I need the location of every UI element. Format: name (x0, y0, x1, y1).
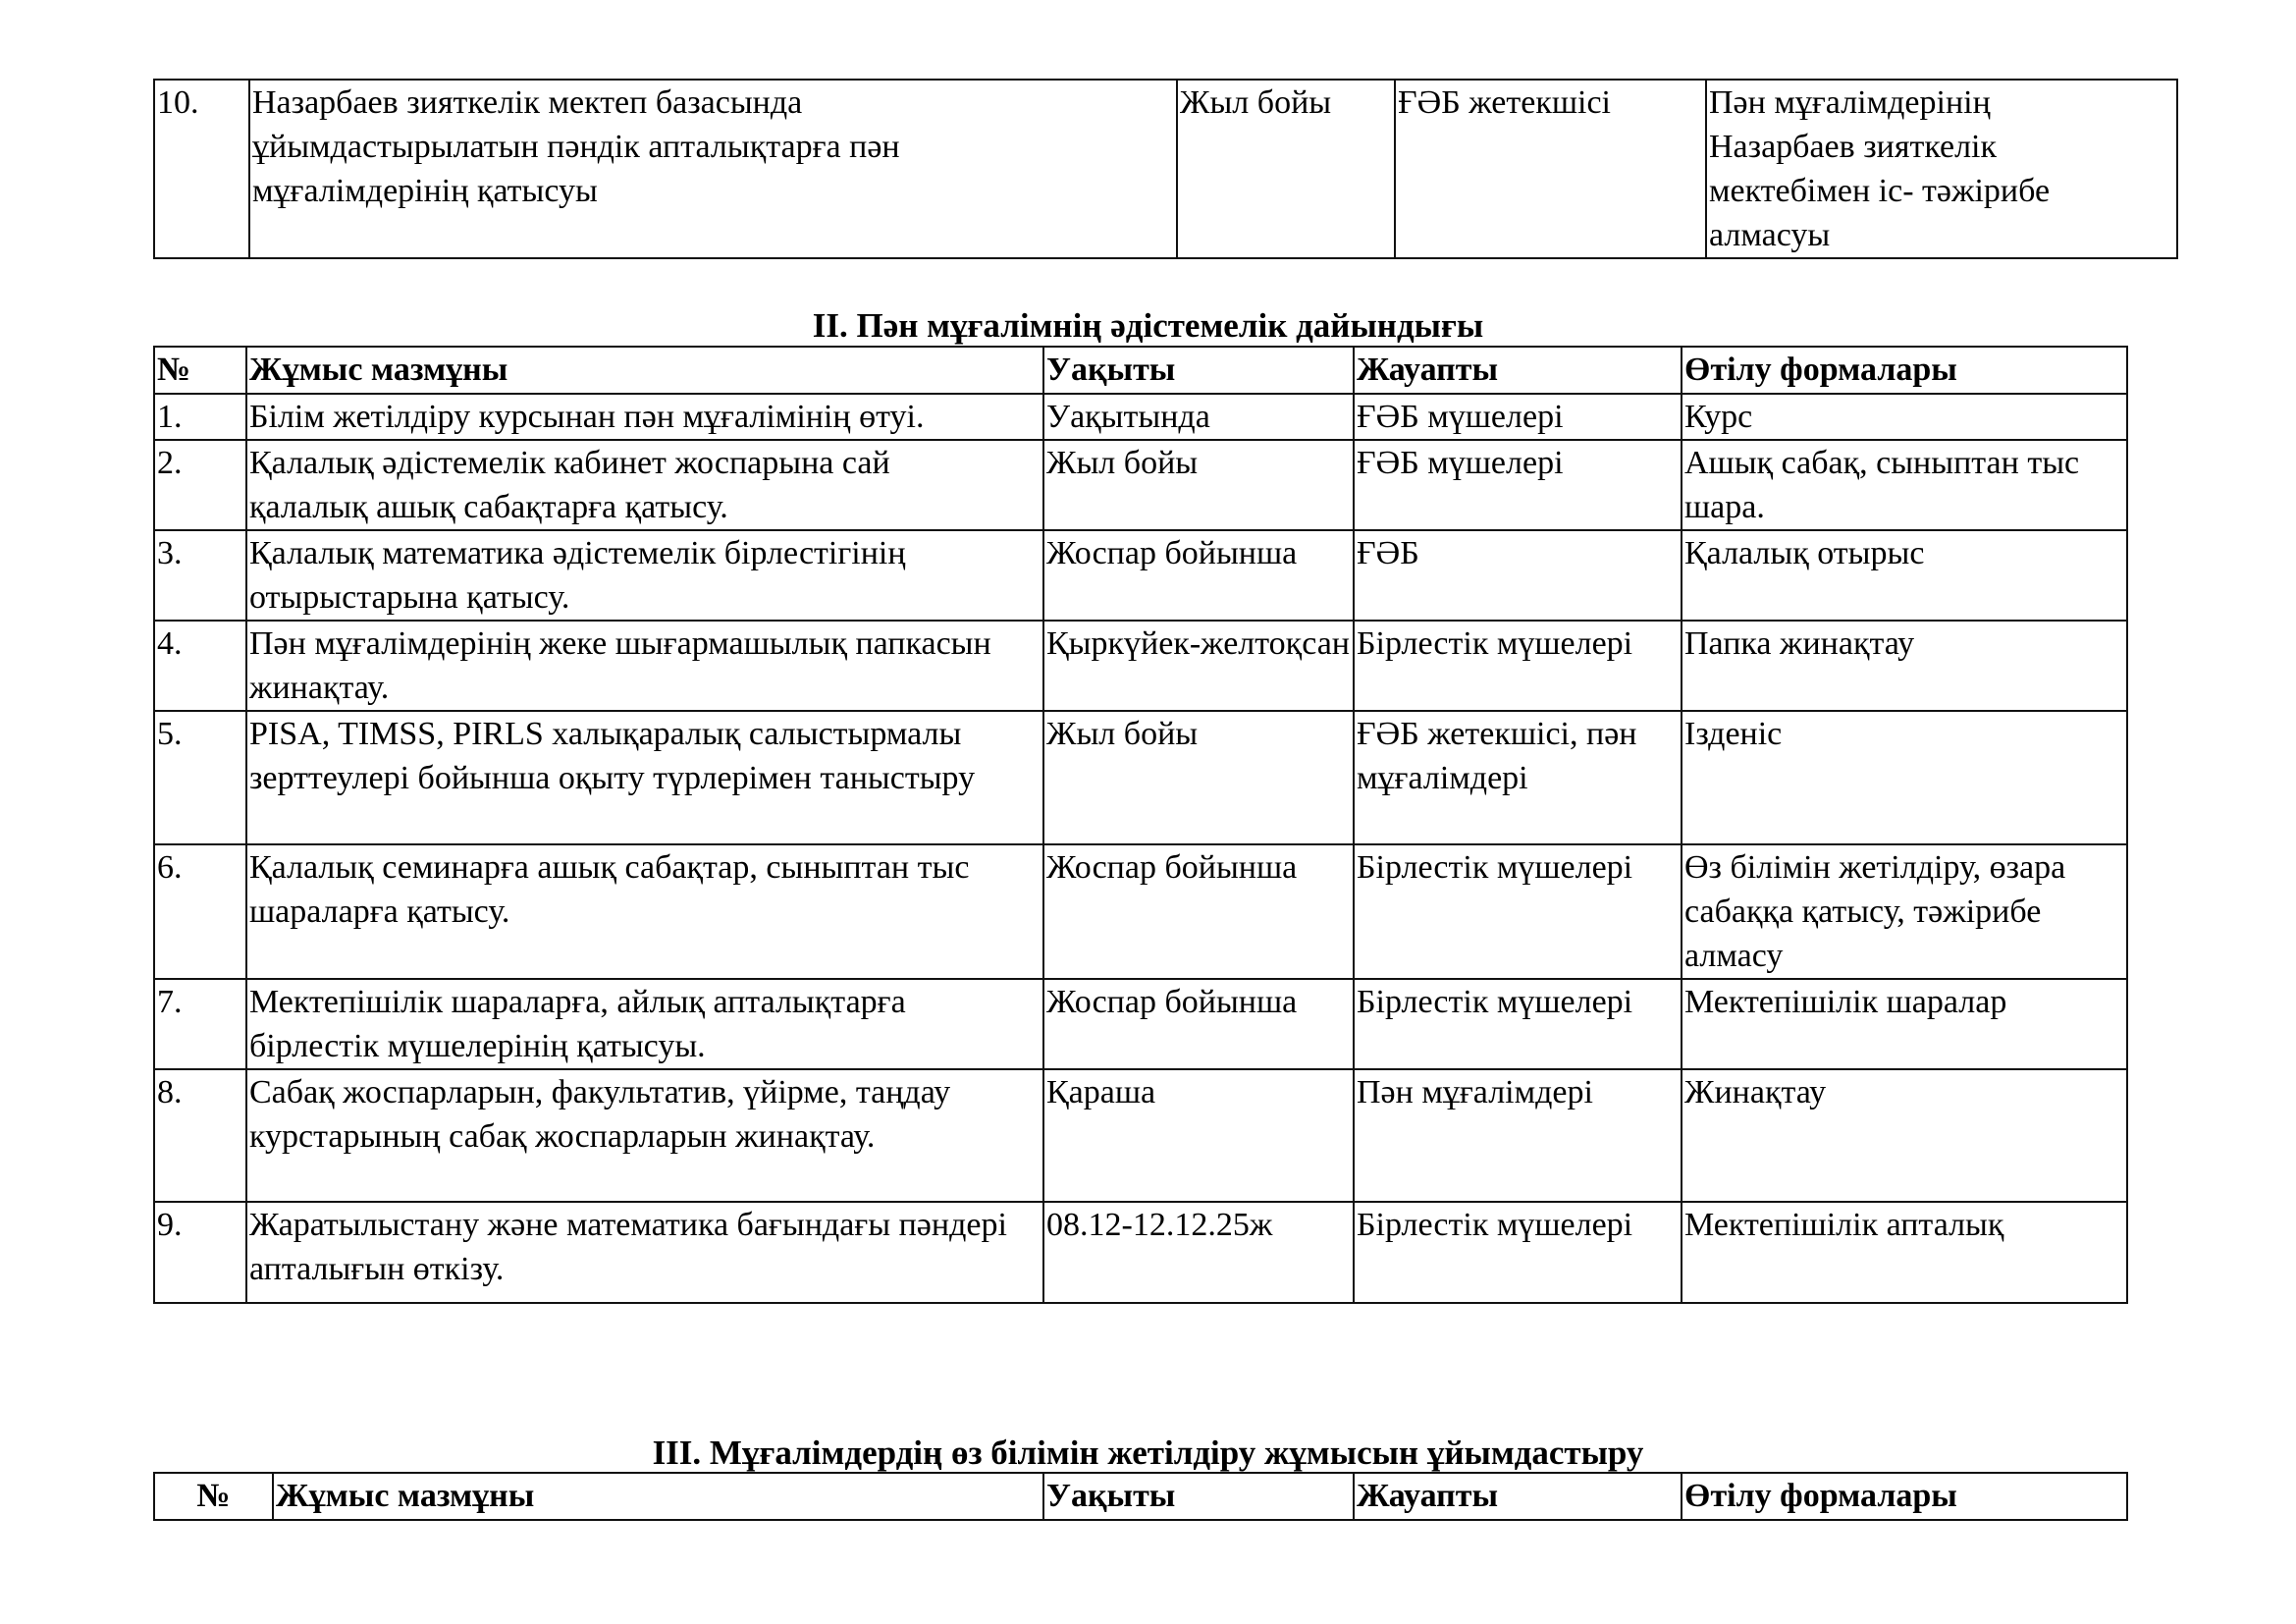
work-content: Мектепішілік шараларға, айлық апталықтар… (246, 979, 1043, 1069)
responsible: Бірлестік мүшелері (1354, 621, 1682, 711)
header-responsible: Жауапты (1354, 347, 1682, 394)
row-number: 2. (154, 440, 246, 530)
form: Қалалық отырыс (1682, 530, 2127, 621)
header-form: Өтілу формалары (1682, 1473, 2127, 1520)
time: Қараша (1043, 1069, 1354, 1202)
work-content: Назарбаев зияткелік мектеп базасында ұйы… (249, 80, 1177, 258)
table-header-row: № Жұмыс мазмұны Уақыты Жауапты Өтілу фор… (154, 347, 2127, 394)
section-2-title: II. Пән мұғалімнің әдістемелік дайындығы (0, 306, 2296, 346)
row-number: 9. (154, 1202, 246, 1303)
form: Курс (1682, 394, 2127, 440)
table-row: 1.Білім жетілдіру курсынан пән мұғалімін… (154, 394, 2127, 440)
work-content: Қалалық әдістемелік кабинет жоспарына са… (246, 440, 1043, 530)
section-3-title: III. Мұғалімдердің өз білімін жетілдіру … (0, 1434, 2296, 1473)
responsible: Бірлестік мүшелері (1354, 844, 1682, 979)
time: Жоспар бойынша (1043, 530, 1354, 621)
form: Мектепішілік шаралар (1682, 979, 2127, 1069)
responsible: ҒӘБ жетекшісі (1395, 80, 1706, 258)
row-number: 6. (154, 844, 246, 979)
header-form: Өтілу формалары (1682, 347, 2127, 394)
responsible: ҒӘБ мүшелері (1354, 394, 1682, 440)
row-number: 4. (154, 621, 246, 711)
form: Ашық сабақ, сыныптан тыс шара. (1682, 440, 2127, 530)
responsible: Пән мұғалімдері (1354, 1069, 1682, 1202)
time: Жыл бойы (1043, 440, 1354, 530)
table-row: 8.Сабақ жоспарларын, факультатив, үйірме… (154, 1069, 2127, 1202)
time: Жыл бойы (1043, 711, 1354, 844)
form: Пән мұғалімдерінің Назарбаев зияткелік м… (1706, 80, 2177, 258)
work-content: Қалалық математика әдістемелік бірлестіг… (246, 530, 1043, 621)
form: Мектепішілік апталық (1682, 1202, 2127, 1303)
row-number: 7. (154, 979, 246, 1069)
time: Уақытында (1043, 394, 1354, 440)
time: 08.12-12.12.25ж (1043, 1202, 1354, 1303)
header-time: Уақыты (1043, 347, 1354, 394)
table-row: 2.Қалалық әдістемелік кабинет жоспарына … (154, 440, 2127, 530)
time: Жоспар бойынша (1043, 979, 1354, 1069)
table-header-row: № Жұмыс мазмұны Уақыты Жауапты Өтілу фор… (154, 1473, 2127, 1520)
table-row: 3.Қалалық математика әдістемелік бірлест… (154, 530, 2127, 621)
header-content: Жұмыс мазмұны (246, 347, 1043, 394)
form: Ізденіс (1682, 711, 2127, 844)
section1-table: 10. Назарбаев зияткелік мектеп базасында… (153, 79, 2178, 259)
table-row: 9.Жаратылыстану және математика бағындағ… (154, 1202, 2127, 1303)
row-number: 8. (154, 1069, 246, 1202)
row-number: 10. (154, 80, 249, 258)
responsible: ҒӘБ жетекшісі, пән мұғалімдері (1354, 711, 1682, 844)
form: Өз білімін жетілдіру, өзара сабаққа қаты… (1682, 844, 2127, 979)
work-content: Білім жетілдіру курсынан пән мұғалімінің… (246, 394, 1043, 440)
header-time: Уақыты (1043, 1473, 1354, 1520)
work-content: Сабақ жоспарларын, факультатив, үйірме, … (246, 1069, 1043, 1202)
time: Жыл бойы (1177, 80, 1395, 258)
form: Папка жинақтау (1682, 621, 2127, 711)
responsible: ҒӘБ мүшелері (1354, 440, 1682, 530)
header-content: Жұмыс мазмұны (273, 1473, 1043, 1520)
row-number: 3. (154, 530, 246, 621)
section3-table: № Жұмыс мазмұны Уақыты Жауапты Өтілу фор… (153, 1472, 2128, 1521)
work-content: Жаратылыстану және математика бағындағы … (246, 1202, 1043, 1303)
time: Жоспар бойынша (1043, 844, 1354, 979)
header-number: № (154, 1473, 273, 1520)
row-number: 1. (154, 394, 246, 440)
form: Жинақтау (1682, 1069, 2127, 1202)
table-row: 10. Назарбаев зияткелік мектеп базасында… (154, 80, 2177, 258)
table-row: 6.Қалалық семинарға ашық сабақтар, сынып… (154, 844, 2127, 979)
responsible: ҒӘБ (1354, 530, 1682, 621)
responsible: Бірлестік мүшелері (1354, 1202, 1682, 1303)
section2-table: № Жұмыс мазмұны Уақыты Жауапты Өтілу фор… (153, 346, 2128, 1304)
table-row: 5.PISA, TIMSS, PIRLS халықаралық салысты… (154, 711, 2127, 844)
row-number: 5. (154, 711, 246, 844)
table-row: 4. Пән мұғалімдерінің жеке шығармашылық … (154, 621, 2127, 711)
work-content: PISA, TIMSS, PIRLS халықаралық салыстырм… (246, 711, 1043, 844)
table-row: 7.Мектепішілік шараларға, айлық апталықт… (154, 979, 2127, 1069)
work-content: Пән мұғалімдерінің жеке шығармашылық пап… (246, 621, 1043, 711)
responsible: Бірлестік мүшелері (1354, 979, 1682, 1069)
header-number: № (154, 347, 246, 394)
work-content: Қалалық семинарға ашық сабақтар, сыныпта… (246, 844, 1043, 979)
header-responsible: Жауапты (1354, 1473, 1682, 1520)
time: Қыркүйек-желтоқсан (1043, 621, 1354, 711)
